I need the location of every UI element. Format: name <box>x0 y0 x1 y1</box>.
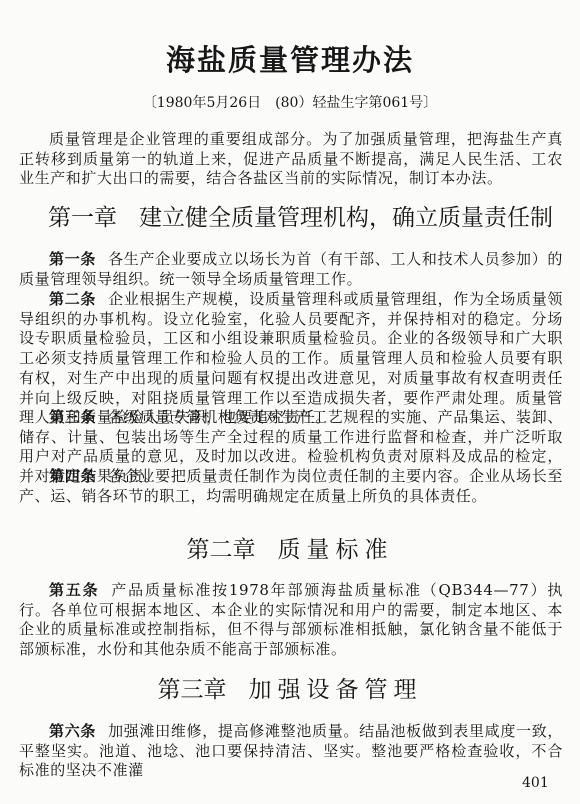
preamble-paragraph: 质量管理是企业管理的重要组成部分。为了加强质量管理，把海盐生产真正转移到质量第一… <box>19 130 563 189</box>
chapter-3-heading: 第三章加强设备管理 <box>0 674 580 706</box>
article-6-text: 加强滩田维修，提高修滩整池质量。结晶池板做到表里咸度一致，平整坚实。池道、池埝、… <box>19 722 563 779</box>
article-2-text: 企业根据生产规模，设质量管理科或质量管理组，作为全场质量领导组织的办事机构。设立… <box>19 290 563 426</box>
article-2-label: 第二条 <box>49 290 96 308</box>
article-1-label: 第一条 <box>49 250 96 268</box>
document-page: 海盐质量管理办法 〔1980年5月26日 (80）轻盐生字第061号〕 质量管理… <box>0 0 580 804</box>
article-1-text: 各生产企业要成立以场长为首（有干部、工人和技术人员参加）的质量管理领导组织。统一… <box>19 250 563 288</box>
article-5-label: 第五条 <box>49 581 99 599</box>
chapter-2-number: 第二章 <box>187 537 256 563</box>
article-4-label: 第四条 <box>49 467 96 485</box>
article-1: 第一条各生产企业要成立以场长为首（有干部、工人和技术人员参加）的质量管理领导组织… <box>19 250 563 289</box>
article-4: 第四条各企业要把质量责任制作为岗位责任制的主要内容。企业从场长至产、运、销各环节… <box>19 467 563 506</box>
chapter-1-heading: 第一章建立健全质量管理机构，确立质量责任制 <box>48 202 568 234</box>
document-title: 海盐质量管理办法 <box>0 40 580 80</box>
article-6: 第六条加强滩田维修，提高修滩整池质量。结晶池板做到表里咸度一致，平整坚实。池道、… <box>19 722 563 781</box>
document-subtitle: 〔1980年5月26日 (80）轻盐生字第061号〕 <box>0 93 580 113</box>
article-5: 第五条产品质量标准按1978年部颁海盐质量标准（QB344—77）执行。各单位可… <box>19 581 563 660</box>
article-4-text: 各企业要把质量责任制作为岗位责任制的主要内容。企业从场长至产、运、销各环节的职工… <box>19 467 563 505</box>
chapter-3-number: 第三章 <box>158 677 227 703</box>
article-5-text: 产品质量标准按1978年部颁海盐质量标准（QB344—77）执行。各单位可根据本… <box>19 581 563 658</box>
chapter-2-name: 质量标准 <box>278 537 394 563</box>
page-number: 401 <box>522 774 549 792</box>
article-3-label: 第三条 <box>49 408 96 426</box>
chapter-1-number: 第一章 <box>48 205 117 231</box>
article-6-label: 第六条 <box>49 722 96 740</box>
chapter-2-heading: 第二章质量标准 <box>0 534 580 566</box>
chapter-3-name: 加强设备管理 <box>249 677 423 703</box>
chapter-1-name: 建立健全质量管理机构，确立质量责任制 <box>139 205 553 231</box>
